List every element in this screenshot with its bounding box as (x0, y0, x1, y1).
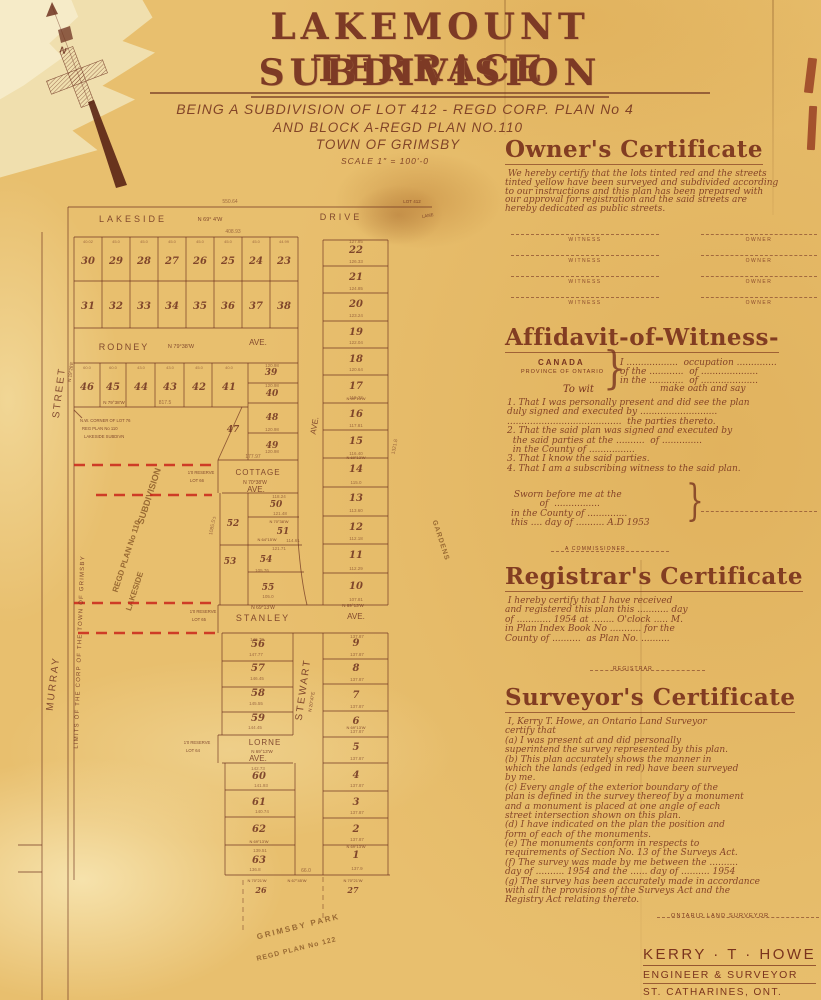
street-label: STREET (51, 366, 68, 418)
bearing-label: N 70°21'W (247, 878, 266, 883)
text-line: (a) I was present at and did personally (505, 736, 821, 745)
lot-number: 4 (353, 770, 360, 781)
signature-field: WITNESS (511, 288, 659, 309)
reserve-label: 1'0 RESERVE (190, 609, 217, 614)
surveyor-city: ST. CATHARINES, ONT. (643, 984, 816, 998)
dimension-label: 141.93 (254, 783, 268, 788)
street-label: AVE. (249, 338, 267, 347)
bearing-label: N 79°38'W (103, 400, 125, 405)
commissioner-label: A COMMISSIONER (565, 546, 626, 552)
dimension-label: 137.87 (350, 652, 364, 657)
lot-number: 32 (109, 301, 123, 312)
text-line: plan is defined in the survey thereof by… (505, 792, 821, 801)
text-line: which the lands (edged in red) have been… (505, 764, 821, 773)
lot-number: 36 (221, 301, 235, 312)
text-line: certify that (505, 726, 821, 735)
registrar-body: I hereby certify that I have receivedand… (505, 596, 821, 643)
signature-line (701, 225, 817, 235)
text-line: make oath and say (620, 384, 820, 393)
dimension-label: 120.98 (265, 449, 279, 454)
text-line: duly signed and executed by ............… (507, 407, 821, 416)
dimension-label: 137.87 (350, 756, 364, 761)
lot-number: 16 (349, 409, 363, 420)
dimension-label: 43.0 (166, 365, 175, 370)
dimension-label: 1085.5'± (208, 516, 218, 536)
lot-number: 27 (346, 885, 359, 895)
dimension-label: 45.0 (168, 239, 177, 244)
lot-number: 28 (136, 256, 151, 267)
text-line: County of .......... as Plan No. .......… (505, 634, 821, 643)
dimension-label: 122.04 (349, 340, 363, 345)
text-line: the said parties at the .......... of ..… (507, 436, 821, 445)
lot-number: 47 (227, 425, 240, 435)
text-line: hereby dedicated as public streets. (505, 204, 821, 213)
dimension-label: 116.40 (349, 451, 363, 456)
street-label: STANLEY (236, 613, 290, 623)
lot-number: 15 (349, 436, 363, 447)
text-line: I, Kerry T. Howe, an Ontario Land Survey… (505, 717, 821, 726)
watermark-text: LANE (422, 212, 434, 219)
signature-row: WITNESSOWNER (511, 246, 817, 267)
street-label: AVE. (309, 416, 321, 435)
registrar-heading: Registrar's Certificate (505, 563, 803, 592)
surveyor-body: I, Kerry T. Howe, an Ontario Land Survey… (505, 717, 821, 905)
surveyor-stamp: KERRY · T · HOWE ENGINEER & SURVEYOR ST.… (643, 946, 816, 998)
dimension-label: 177.97 (245, 454, 261, 460)
surveyor-name: KERRY · T · HOWE (643, 946, 816, 966)
text-line: ........................................… (507, 417, 821, 426)
reserve-label: LOT 64 (186, 748, 201, 753)
lot-number: 22 (348, 245, 363, 256)
dimension-label: 45.0 (140, 239, 149, 244)
dimension-label: 119.22 (349, 395, 363, 400)
dimension-label: 105.0 (262, 594, 274, 599)
watermark-text: GRIMSBY PARK (256, 912, 341, 941)
lot-number: 5 (353, 742, 360, 753)
bearing-label: N 70°21'W (343, 878, 362, 883)
annotation: N.W. CORNER OF LOT 76 (80, 418, 131, 423)
owners-certificate: Owner's Certificate We hereby certify th… (505, 136, 821, 309)
reserve-label: LOT 65 (192, 617, 207, 622)
dimension-label: 45.0 (252, 239, 261, 244)
north-arrow: N (38, 2, 127, 188)
lot-number: 63 (252, 855, 266, 866)
lot-number: 25 (220, 256, 235, 267)
lot-number: 41 (222, 382, 236, 393)
text-line: day of .......... 1954 and the ...... da… (505, 867, 821, 876)
dimension-label: 142.73 (251, 766, 265, 771)
text-line: in the ............ of .................… (620, 376, 820, 385)
dimension-label: 60.0 (83, 365, 92, 370)
lot-number: 59 (251, 713, 265, 724)
map-line (74, 410, 82, 418)
lot-number: 6 (353, 716, 360, 727)
dimension-label: 145.55 (249, 701, 263, 706)
lot-number: 44 (134, 382, 148, 393)
dimension-label: 120.98 (265, 363, 279, 368)
street-label: AVE. (347, 612, 365, 621)
affidavit-canada: CANADA (538, 358, 585, 367)
lot-number: 26 (254, 885, 267, 895)
dimension-label: 146.45 (250, 676, 264, 681)
lot-number: 2 (352, 824, 360, 835)
text-line: form of each of the monuments. (505, 830, 821, 839)
lot-number: 46 (80, 382, 94, 393)
dimension-label: 44.99 (279, 239, 290, 244)
dimension-label: 115.0 (351, 480, 362, 485)
lot-number: 11 (349, 550, 363, 561)
bearing-label: N 69°13'W (251, 605, 275, 611)
dimension-label: 137.87 (350, 677, 364, 682)
dimension-label: 107.81 (349, 597, 363, 602)
signature-row: WITNESSOWNER (511, 288, 817, 309)
compass-needle (88, 100, 127, 188)
text-line: of ................ (511, 499, 711, 508)
dimension-label: 66.0 (301, 868, 311, 874)
dimension-label: 112.18 (349, 536, 363, 541)
lot-number: 39 (265, 368, 278, 378)
lot-number: 62 (252, 824, 266, 835)
annotation: REG PLAN No 110 (82, 426, 118, 431)
signature-line (511, 288, 659, 298)
survey-plan-sheet: LAKEMOUNT TERRACE SUBDIVISION BEING A SU… (0, 0, 821, 1000)
bearing-label: N 19°26'E (67, 362, 74, 383)
bearing-label: N 69°13'W (249, 839, 268, 844)
lot-number: 18 (349, 354, 363, 365)
dimension-label: 123.24 (349, 313, 363, 318)
reserve-label: 1'0 RESERVE (188, 470, 215, 475)
street-label: AVE. (247, 485, 265, 494)
affidavit-province: PROVINCE OF ONTARIO (521, 369, 604, 375)
lot-number: 3 (353, 797, 360, 808)
lot-number: 31 (81, 301, 95, 312)
bearing-label: N 69°13'W (346, 844, 365, 849)
dimension-label: 144.45 (248, 725, 262, 730)
signature-line (511, 246, 659, 256)
street-label: COTTAGE (235, 468, 280, 477)
bearing-label: N 79°38'W (168, 344, 195, 350)
signature-field: WITNESS (511, 246, 659, 267)
dimension-label: 137.9 (351, 866, 363, 871)
dimension-label: 136.8 (249, 867, 261, 872)
lot-number: 9 (353, 638, 360, 649)
dimension-label: 43.0 (137, 365, 146, 370)
dimension-label: 817.5 (159, 400, 172, 406)
surveyors-certificate: Surveyor's Certificate I, Kerry T. Howe,… (505, 684, 821, 934)
signature-line (701, 246, 817, 256)
signature-line (701, 288, 817, 298)
text-line: Registry Act relating thereto. (505, 895, 821, 904)
text-line: (c) Every angle of the exterior boundary… (505, 783, 821, 792)
affidavit-sworn-brace: } (686, 475, 704, 526)
lot-number: 61 (252, 797, 266, 808)
signature-label: OWNER (701, 256, 817, 264)
lot-number: 24 (248, 256, 263, 267)
signature-label: OWNER (701, 277, 817, 285)
text-line: and a monument is placed at one angle of… (505, 802, 821, 811)
lot-number: 38 (277, 301, 291, 312)
bearing-label: N 67°45'W (287, 878, 306, 883)
text-line: 2. That the said plan was signed and exe… (507, 426, 821, 435)
bearing-label: N 64°15'W (257, 537, 276, 542)
dimension-label: 40.0 (225, 365, 234, 370)
lot-number: 29 (108, 256, 123, 267)
text-line: (b) This plan accurately shows the manne… (505, 755, 821, 764)
signature-line (511, 267, 659, 277)
dimension-label: 127.85 (349, 239, 363, 244)
lot-number: 60 (252, 771, 266, 782)
lot-number: 26 (192, 256, 207, 267)
text-line: (g) The survey has been accurately made … (505, 877, 821, 886)
dimension-label: 45.0 (224, 239, 233, 244)
reserve-label: 1'0 RESERVE (184, 740, 211, 745)
dimension-label: 1321.8 (391, 439, 400, 455)
dimension-label: 124.85 (349, 286, 363, 291)
lot-number: 20 (348, 299, 363, 310)
watermark-text: LOT 412 (403, 199, 421, 204)
dimension-label: 140.74 (255, 809, 269, 814)
dimension-label: 118.24 (272, 494, 286, 499)
text-line: I hereby certify that I have received (505, 596, 821, 605)
text-line: We hereby certify that the lots tinted r… (505, 169, 821, 178)
text-line: requirements of Section No. 13 of the Su… (505, 848, 821, 857)
text-line: of the ............ of .................… (620, 367, 820, 376)
text-line: and registered this plan this ..........… (505, 605, 821, 614)
ols-label: ONTARIO LAND SURVEYOR (671, 913, 769, 919)
text-line: I .................. occupation ........… (620, 358, 820, 367)
registrar-label: REGISTRAR (613, 666, 653, 672)
text-line: superintend the survey represented by th… (505, 745, 821, 754)
lot-number: 10 (349, 581, 363, 592)
lot-number: 21 (348, 272, 363, 283)
dimension-label: 60.0 (109, 365, 118, 370)
signature-field: WITNESS (511, 225, 659, 246)
signature-field: OWNER (701, 288, 817, 309)
lot-number: 57 (251, 663, 265, 674)
commissioner-sign-line (701, 502, 817, 512)
signature-row: WITNESSOWNER (511, 267, 817, 288)
dimension-label: 120.98 (265, 383, 279, 388)
lot-number: 30 (81, 256, 95, 267)
dimension-label: 137.87 (350, 634, 364, 639)
lot-number: 55 (262, 583, 275, 593)
signature-rows: WITNESSOWNERWITNESSOWNERWITNESSOWNERWITN… (505, 225, 821, 309)
street-label: MURRAY (45, 656, 63, 712)
lot-number: 23 (276, 256, 291, 267)
dimension-label: 137.87 (350, 704, 364, 709)
lot-number: 40 (266, 389, 279, 399)
lot-number: 7 (353, 690, 360, 701)
dimension-label: 105.76 (255, 568, 269, 573)
signature-label: WITNESS (511, 277, 659, 285)
dimension-label: 146.79 (250, 637, 264, 642)
lot-number: 14 (349, 464, 363, 475)
lot-number: 48 (266, 413, 279, 423)
lot-number: 34 (165, 301, 179, 312)
dimension-label: 120.64 (349, 367, 363, 372)
registrars-certificate: Registrar's Certificate I hereby certify… (505, 563, 821, 683)
dimension-label: 550.64 (222, 199, 238, 205)
bearing-label: N 70°38'W (269, 519, 288, 524)
affidavit-of-witness: Affidavit-of-Witness- CANADA PROVINCE OF… (505, 324, 821, 564)
dimension-label: 121.71 (272, 546, 286, 551)
lot-number: 52 (227, 519, 240, 529)
lot-number: 12 (349, 522, 363, 533)
lot-number: 33 (137, 301, 151, 312)
lot-number: 53 (224, 557, 237, 567)
lot-number: 1 (353, 850, 360, 861)
lot-number: 54 (260, 555, 273, 565)
signature-field: OWNER (701, 225, 817, 246)
bearing-label: N 20°47'E (307, 691, 315, 712)
dimension-label: 137.87 (350, 783, 364, 788)
lot-number: 35 (193, 301, 207, 312)
bearing-label: N 69° 4'W (198, 217, 223, 223)
affidavit-sworn: Sworn before me at the of ..............… (511, 490, 711, 528)
signature-label: OWNER (701, 298, 817, 306)
dimension-label: 45.0 (195, 365, 204, 370)
text-line: Sworn before me at the (511, 490, 711, 499)
text-line: of ............ 1954 at ........ O'clock… (505, 615, 821, 624)
lot-number: 43 (163, 382, 177, 393)
dimension-label: 113.60 (349, 508, 363, 513)
lot-number: 37 (249, 301, 263, 312)
street-label: AVE. (249, 754, 267, 763)
lot-number: 8 (353, 663, 360, 674)
dimension-label: 40.02 (83, 239, 94, 244)
text-line: in the County of ................ (507, 445, 821, 454)
dimension-label: 137.87 (350, 729, 364, 734)
text-line: 1. That I was personally present and did… (507, 398, 821, 407)
text-line: tinted yellow have been surveyed and sub… (505, 178, 821, 187)
street-label: LORNE (249, 738, 282, 747)
lot-number: 17 (349, 381, 363, 392)
affidavit-right-lines: I .................. occupation ........… (620, 358, 820, 393)
text-line: (f) The survey was made by me between th… (505, 858, 821, 867)
dimension-label: 139.51 (253, 848, 267, 853)
watermark-text: REGD PLAN No 122 (256, 936, 337, 963)
text-line: 4. That I am a subscribing witness to th… (507, 464, 821, 473)
owners-certificate-heading: Owner's Certificate (505, 136, 763, 165)
lot-number: 27 (164, 256, 179, 267)
affidavit-items: 1. That I was personally present and did… (507, 398, 821, 473)
surveyor-heading: Surveyor's Certificate (505, 684, 795, 713)
reserve-label: LOT 66 (190, 478, 205, 483)
watermark-text: GARDENS (431, 519, 451, 561)
stewart-curve (298, 540, 307, 605)
street-label: LAKESIDE (99, 214, 167, 224)
signature-label: OWNER (701, 235, 817, 243)
watermark-text: LAKESIDE (124, 570, 145, 612)
dimension-label: 126.33 (349, 259, 363, 264)
dimension-label: 408.93 (225, 229, 241, 235)
signature-field: OWNER (701, 246, 817, 267)
text-line: in Plan Index Book No ........... for th… (505, 624, 821, 633)
signature-label: WITNESS (511, 298, 659, 306)
surveyor-title: ENGINEER & SURVEYOR (643, 966, 816, 984)
text-line: (e) The monuments conform in respects to (505, 839, 821, 848)
bearing-label: N 69°13'W (342, 603, 364, 608)
dimension-label: 117.81 (349, 423, 363, 428)
dimension-label: 45.0 (112, 239, 121, 244)
annotation: LAKESIDE SUBDIVN (84, 434, 124, 439)
signature-row: WITNESSOWNER (511, 225, 817, 246)
text-line: (d) I have indicated on the plan the pos… (505, 820, 821, 829)
text-line: street intersection shown on this plan. (505, 811, 821, 820)
affidavit-heading: Affidavit-of-Witness- (505, 324, 779, 353)
text-line: to our instructions and this plan has be… (505, 187, 821, 196)
dimension-label: 121.48 (273, 511, 287, 516)
lot-number: 42 (192, 382, 206, 393)
text-line: in the County of .............. (511, 509, 711, 518)
text-line: by me. (505, 773, 821, 782)
dimension-label: 112.29 (349, 566, 363, 571)
dimension-label: 120.98 (265, 427, 279, 432)
signature-label: WITNESS (511, 256, 659, 264)
lot-number: 50 (270, 500, 283, 510)
signature-label: WITNESS (511, 235, 659, 243)
signature-field: WITNESS (511, 267, 659, 288)
affidavit-towit: To wit (563, 384, 594, 395)
dimension-label: 147.77 (249, 652, 263, 657)
text-line: 3. That I know the said parties. (507, 454, 821, 463)
text-line: with all the provisions of the Surveys A… (505, 886, 821, 895)
town-limit-label: LIMITS OF THE CORP OF THE TOWN OF GRIMSB… (74, 555, 87, 749)
signature-line (701, 267, 817, 277)
signature-field: OWNER (701, 267, 817, 288)
lot-number: 51 (277, 527, 290, 537)
lot-number: 13 (349, 493, 363, 504)
lot-number: 45 (106, 382, 120, 393)
dimension-label: 137.87 (350, 837, 364, 842)
text-line: this .... day of .......... A.D 1953 (511, 518, 711, 527)
lot-number: 58 (251, 688, 265, 699)
street-label: DRIVE (320, 212, 363, 222)
dimension-label: 137.87 (350, 810, 364, 815)
dimension-label: 114.61 (286, 538, 300, 543)
text-line: our approval for registration and the sa… (505, 195, 821, 204)
signature-line (511, 225, 659, 235)
lot-number: 19 (349, 327, 363, 338)
dimension-label: 45.0 (196, 239, 205, 244)
street-label: RODNEY (99, 342, 150, 352)
owners-certificate-body: We hereby certify that the lots tinted r… (505, 169, 821, 213)
